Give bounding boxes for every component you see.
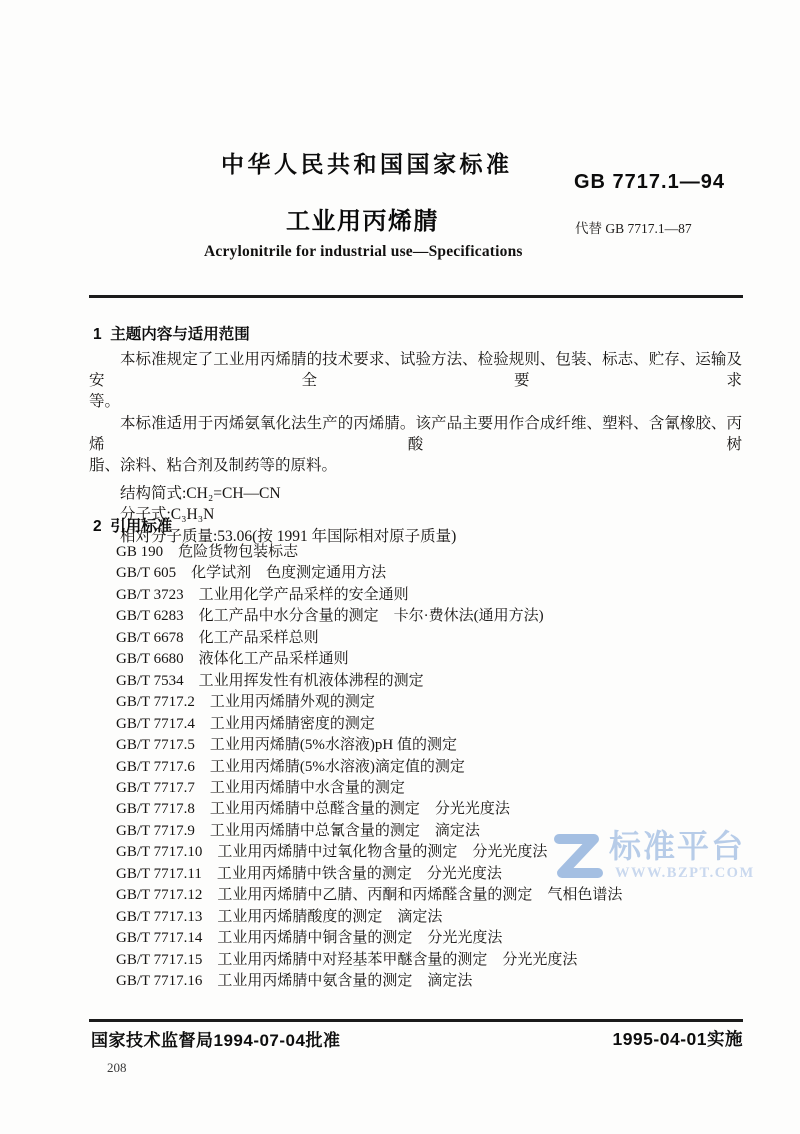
- document-title: 工业用丙烯腈: [286, 201, 439, 236]
- section-1-body: 本标准规定了工业用丙烯腈的技术要求、试验方法、检验规则、包装、标志、贮存、运输及…: [89, 349, 742, 547]
- reference-code: GB/T 7717.8: [116, 799, 195, 820]
- reference-code: GB/T 7717.12: [116, 885, 202, 906]
- reference-code: GB/T 7717.16: [116, 971, 202, 992]
- reference-item: GB/T 7717.8工业用丙烯腈中总醛含量的测定 分光光度法: [116, 799, 744, 820]
- reference-code: GB/T 6678: [116, 628, 184, 649]
- reference-code: GB/T 3723: [116, 585, 184, 606]
- reference-code: GB/T 7717.11: [116, 864, 202, 885]
- structural-formula-line: 结构简式:CH₂=CH—CN: [89, 483, 742, 504]
- paragraph-line: 本标准规定了工业用丙烯腈的技术要求、试验方法、检验规则、包装、标志、贮存、运输及…: [89, 349, 742, 391]
- approval-note: 国家技术监督局1994-07-04批准: [91, 1026, 340, 1051]
- implementation-note: 1995-04-01实施: [612, 1026, 743, 1051]
- reference-code: GB/T 7534: [116, 671, 184, 692]
- reference-code: GB/T 7717.6: [116, 757, 195, 778]
- reference-code: GB/T 7717.9: [116, 821, 195, 842]
- reference-title: 工业用丙烯腈(5%水溶液)pH 值的测定: [210, 735, 457, 756]
- standard-number: GB 7717.1—94: [574, 171, 725, 194]
- reference-title: 工业用丙烯腈酸度的测定 滴定法: [217, 907, 442, 928]
- reference-code: GB/T 7717.14: [116, 928, 202, 949]
- reference-code: GB/T 7717.7: [116, 778, 195, 799]
- replaces-note: 代替 GB 7717.1—87: [575, 217, 692, 237]
- reference-title: 工业用化学产品采样的安全通则: [199, 585, 409, 606]
- reference-title: 工业用丙烯腈中铜含量的测定 分光光度法: [217, 928, 502, 949]
- reference-item: GB/T 7717.6工业用丙烯腈(5%水溶液)滴定值的测定: [116, 757, 744, 778]
- reference-item: GB/T 7717.13工业用丙烯腈酸度的测定 滴定法: [116, 907, 744, 928]
- reference-item: GB/T 7717.5工业用丙烯腈(5%水溶液)pH 值的测定: [116, 735, 744, 756]
- national-standard-title: 中华人民共和国国家标准: [221, 146, 513, 179]
- english-title: Acrylonitrile for industrial use—Specifi…: [204, 243, 523, 261]
- paragraph-line: 等。: [89, 391, 742, 412]
- reference-item: GB/T 6678化工产品采样总则: [116, 628, 744, 649]
- footer-rule: [89, 1019, 743, 1022]
- molecular-formula-line: 分子式:C₃H₃N: [89, 504, 742, 525]
- reference-code: GB/T 7717.13: [116, 907, 202, 928]
- reference-code: GB/T 7717.4: [116, 714, 195, 735]
- reference-code: GB/T 605: [116, 563, 176, 584]
- reference-title: 工业用丙烯腈(5%水溶液)滴定值的测定: [210, 757, 465, 778]
- reference-title: 工业用丙烯腈外观的测定: [210, 692, 375, 713]
- reference-item: GB 190危险货物包装标志: [116, 542, 744, 563]
- reference-title: 化工产品采样总则: [199, 628, 319, 649]
- paragraph-line: 本标准适用于丙烯氨氧化法生产的丙烯腈。该产品主要用作合成纤维、塑料、含氰橡胶、丙…: [89, 413, 742, 455]
- reference-title: 危险货物包装标志: [178, 542, 298, 563]
- reference-code: GB/T 7717.2: [116, 692, 195, 713]
- reference-title: 工业用丙烯腈中过氧化物含量的测定 分光光度法: [217, 842, 547, 863]
- reference-item: GB/T 3723工业用化学产品采样的安全通则: [116, 585, 744, 606]
- reference-item: GB/T 6680液体化工产品采样通则: [116, 649, 744, 670]
- reference-item: GB/T 7717.15工业用丙烯腈中对羟基苯甲醚含量的测定 分光光度法: [116, 950, 744, 971]
- reference-title: 工业用丙烯腈中乙腈、丙酮和丙烯醛含量的测定 气相色谱法: [217, 885, 622, 906]
- reference-item: GB/T 7717.2工业用丙烯腈外观的测定: [116, 692, 744, 713]
- reference-item: GB/T 7717.12工业用丙烯腈中乙腈、丙酮和丙烯醛含量的测定 气相色谱法: [116, 885, 744, 906]
- reference-item: GB/T 7717.4工业用丙烯腈密度的测定: [116, 714, 744, 735]
- reference-item: GB/T 7717.10工业用丙烯腈中过氧化物含量的测定 分光光度法: [116, 842, 744, 863]
- section-1-heading: 1 主题内容与适用范围: [93, 322, 250, 344]
- reference-title: 工业用丙烯腈中水含量的测定: [210, 778, 405, 799]
- reference-code: GB 190: [116, 542, 163, 563]
- reference-code: GB/T 6283: [116, 606, 184, 627]
- reference-item: GB/T 7717.14工业用丙烯腈中铜含量的测定 分光光度法: [116, 928, 744, 949]
- reference-title: 化学试剂 色度测定通用方法: [191, 563, 386, 584]
- reference-code: GB/T 7717.5: [116, 735, 195, 756]
- reference-item: GB/T 6283化工产品中水分含量的测定 卡尔·费休法(通用方法): [116, 606, 744, 627]
- reference-item: GB/T 605化学试剂 色度测定通用方法: [116, 563, 744, 584]
- section-2-heading: 2 引用标准: [93, 514, 172, 536]
- reference-title: 工业用丙烯腈中总醛含量的测定 分光光度法: [210, 799, 510, 820]
- reference-list: GB 190危险货物包装标志 GB/T 605化学试剂 色度测定通用方法 GB/…: [116, 542, 744, 993]
- footer: 国家技术监督局1994-07-04批准 1995-04-01实施: [91, 1026, 743, 1051]
- reference-code: GB/T 7717.10: [116, 842, 202, 863]
- reference-title: 工业用丙烯腈中对羟基苯甲醚含量的测定 分光光度法: [217, 950, 577, 971]
- reference-title: 工业用丙烯腈密度的测定: [210, 714, 375, 735]
- paragraph-line: 脂、涂料、粘合剂及制药等的原料。: [89, 455, 742, 476]
- header-rule: [89, 295, 743, 298]
- reference-title: 工业用丙烯腈中铁含量的测定 分光光度法: [217, 864, 502, 885]
- reference-item: GB/T 7717.11工业用丙烯腈中铁含量的测定 分光光度法: [116, 864, 744, 885]
- reference-title: 工业用丙烯腈中总氰含量的测定 滴定法: [210, 821, 480, 842]
- reference-item: GB/T 7534工业用挥发性有机液体沸程的测定: [116, 671, 744, 692]
- reference-code: GB/T 6680: [116, 649, 184, 670]
- reference-item: GB/T 7717.7工业用丙烯腈中水含量的测定: [116, 778, 744, 799]
- document-page: 标准平台 WWW.BZPT.COM 中华人民共和国国家标准 GB 7717.1—…: [0, 0, 800, 1134]
- reference-item: GB/T 7717.16工业用丙烯腈中氨含量的测定 滴定法: [116, 971, 744, 992]
- reference-title: 工业用丙烯腈中氨含量的测定 滴定法: [217, 971, 472, 992]
- reference-title: 液体化工产品采样通则: [199, 649, 349, 670]
- reference-item: GB/T 7717.9工业用丙烯腈中总氰含量的测定 滴定法: [116, 821, 744, 842]
- reference-code: GB/T 7717.15: [116, 950, 202, 971]
- page-number: 208: [107, 1060, 127, 1076]
- reference-title: 化工产品中水分含量的测定 卡尔·费休法(通用方法): [199, 606, 544, 627]
- reference-title: 工业用挥发性有机液体沸程的测定: [199, 671, 424, 692]
- formula-block: 结构简式:CH₂=CH—CN 分子式:C₃H₃N 相对分子质量:53.06(按 …: [89, 483, 742, 547]
